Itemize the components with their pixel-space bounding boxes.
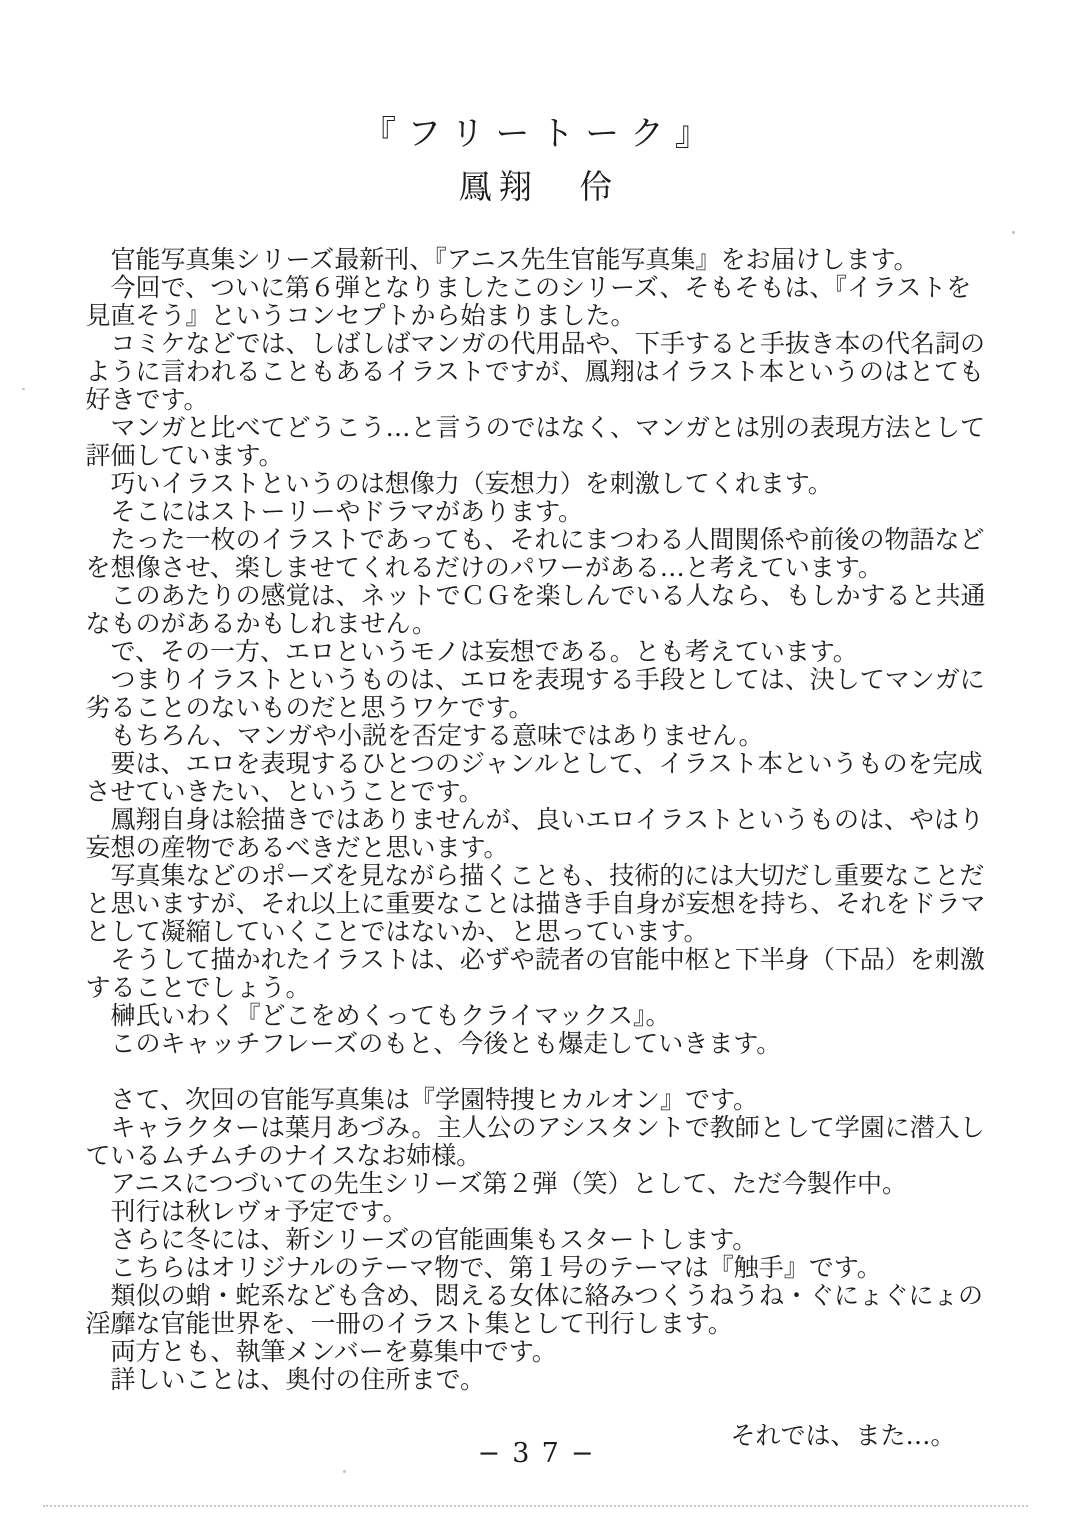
- paragraph: 類似の蛸・蛇系なども含め、悶える女体に絡みつくうねうね・ぐにょぐにょの淫靡な官能…: [86, 1282, 986, 1338]
- paragraph: 官能写真集シリーズ最新刊、『アニス先生官能写真集』をお届けします。: [86, 246, 986, 274]
- paragraph: もちろん、マンガや小説を否定する意味ではありません。: [86, 722, 986, 750]
- paragraph: 鳳翔自身は絵描きではありませんが、良いエロイラストというものは、やはり妄想の産物…: [86, 806, 986, 862]
- page-number: −37−: [465, 1438, 605, 1469]
- scan-artifact-line: [43, 1505, 1028, 1507]
- paragraph: このあたりの感覚は、ネットでＣＧを楽しんでいる人なら、もしかすると共通なものがあ…: [86, 582, 986, 638]
- body-text: 官能写真集シリーズ最新刊、『アニス先生官能写真集』をお届けします。今回で、ついに…: [86, 246, 986, 1450]
- paragraph: キャラクターは葉月あづみ。主人公のアシスタントで教師として学園に潜入しているムチ…: [86, 1114, 986, 1170]
- paragraph: マンガと比べてどうこう…と言うのではなく、マンガとは別の表現方法として評価してい…: [86, 414, 986, 470]
- document-page: 『フリートーク』 鳳翔 伶 官能写真集シリーズ最新刊、『アニス先生官能写真集』を…: [0, 0, 1071, 1517]
- author-name: 鳳翔 伶: [0, 161, 1071, 208]
- paragraph: 榊氏いわく『どこをめくってもクライマックス』。: [86, 1002, 986, 1030]
- paragraph: そこにはストーリーやドラマがあります。: [86, 498, 986, 526]
- paragraph: たった一枚のイラストであっても、それにまつわる人間関係や前後の物語などを想像させ…: [86, 526, 986, 582]
- paragraph: コミケなどでは、しばしばマンガの代用品や、下手すると手抜き本の代名詞のように言わ…: [86, 330, 986, 414]
- paragraph: 両方とも、執筆メンバーを募集中です。: [86, 1338, 986, 1366]
- paragraph: さて、次回の官能写真集は『学園特捜ヒカルオン』です。: [86, 1086, 986, 1114]
- paragraph: 巧いイラストというのは想像力（妄想力）を刺激してくれます。: [86, 470, 986, 498]
- scan-speck: [22, 388, 25, 390]
- paragraph: 詳しいことは、奥付の住所まで。: [86, 1366, 986, 1394]
- paragraph: 刊行は秋レヴォ予定です。: [86, 1198, 986, 1226]
- page-footer: −37−: [0, 1438, 1071, 1469]
- page-title: 『フリートーク』: [0, 106, 1071, 155]
- paragraph: このキャッチフレーズのもと、今後とも爆走していきます。: [86, 1030, 986, 1058]
- paragraph: 写真集などのポーズを見ながら描くことも、技術的には大切だし重要なことだと思います…: [86, 862, 986, 946]
- paragraph: そうして描かれたイラストは、必ずや読者の官能中枢と下半身（下品）を刺激することで…: [86, 946, 986, 1002]
- paragraph: こちらはオリジナルのテーマ物で、第１号のテーマは『触手』です。: [86, 1254, 986, 1282]
- paragraph: さらに冬には、新シリーズの官能画集もスタートします。: [86, 1226, 986, 1254]
- paragraph: で、その一方、エロというモノは妄想である。とも考えています。: [86, 638, 986, 666]
- page-header: 『フリートーク』 鳳翔 伶: [0, 106, 1071, 208]
- scan-speck: [343, 1470, 346, 1473]
- free-talk-section: 官能写真集シリーズ最新刊、『アニス先生官能写真集』をお届けします。今回で、ついに…: [86, 246, 986, 1058]
- paragraph: つまりイラストというものは、エロを表現する手段としては、決してマンガに劣ることの…: [86, 666, 986, 722]
- scan-speck: [1012, 231, 1015, 234]
- paragraph: アニスにつづいての先生シリーズ第２弾（笑）として、ただ今製作中。: [86, 1170, 986, 1198]
- announcements-section: さて、次回の官能写真集は『学園特捜ヒカルオン』です。キャラクターは葉月あづみ。主…: [86, 1086, 986, 1394]
- paragraph: 今回で、ついに第６弾となりましたこのシリーズ、そもそもは、『イラストを見直そう』…: [86, 274, 986, 330]
- paragraph: 要は、エロを表現するひとつのジャンルとして、イラスト本というものを完成させていき…: [86, 750, 986, 806]
